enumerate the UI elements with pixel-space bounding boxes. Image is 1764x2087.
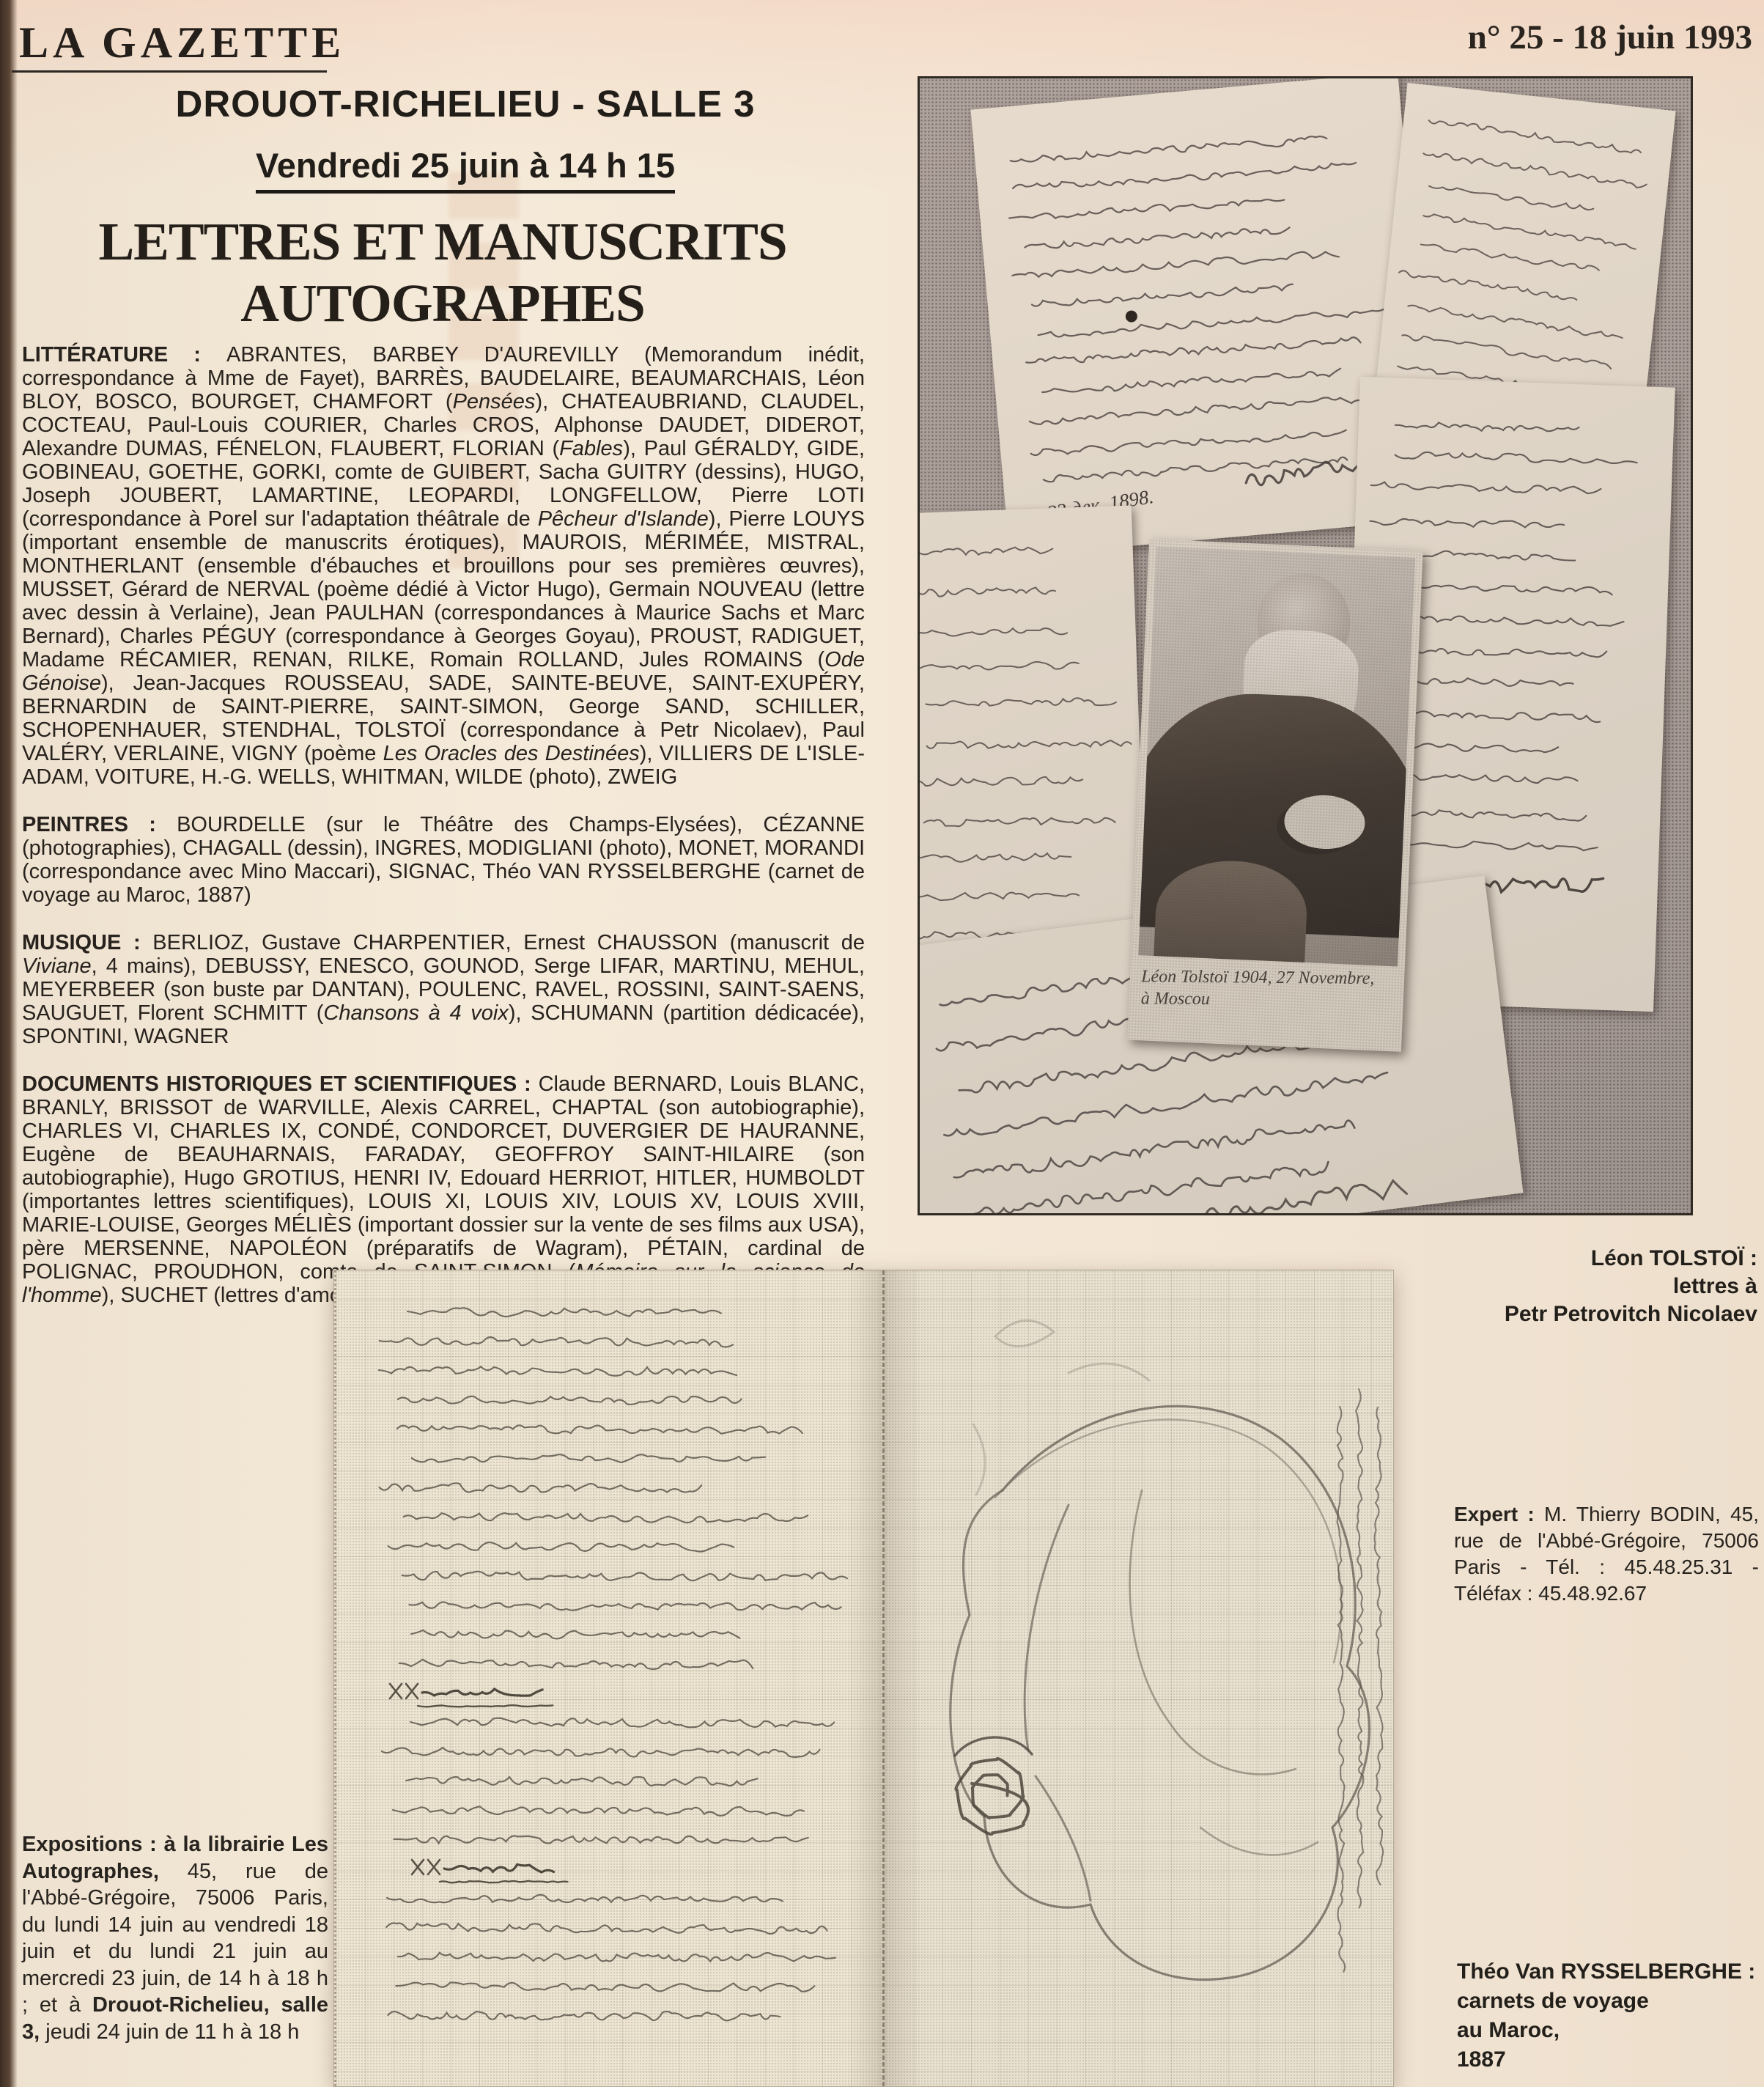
expositions-block: Expositions : à la librairie Les Autogra… — [22, 1831, 328, 2045]
scan-edge-strip — [0, 0, 18, 2087]
letter-sheet — [1374, 83, 1675, 426]
issue-number: n° 25 - 18 juin 1993 — [1239, 18, 1752, 57]
caption-tolstoi-line2: lettres à — [1431, 1273, 1757, 1300]
sale-venue: DROUOT-RICHELIEU - SALLE 3 — [103, 82, 828, 125]
tolstoy-portrait — [1138, 547, 1415, 967]
caption-rysselberghe: Théo Van RYSSELBERGHE : carnets de voyag… — [1457, 1957, 1759, 2075]
sale-title-line2: AUTOGRAPHES — [240, 273, 644, 333]
pencil-sketch-figure — [334, 1270, 1393, 2086]
caption-tolstoi-line1: Léon TOLSTOÏ : — [1431, 1245, 1757, 1273]
tolstoy-photo-card: Léon Tolstoï 1904, 27 Novembre, à Moscou — [1127, 539, 1422, 1052]
caption-ryssel-line3: au Maroc, — [1457, 2016, 1759, 2045]
photo-handwritten-caption: Léon Tolstoï 1904, 27 Novembre, à Moscou — [1136, 960, 1396, 1038]
paragraph-litterature: LITTÉRATURE : ABRANTES, BARBEY D'AUREVIL… — [22, 343, 865, 789]
paragraph-peintres: PEINTRES : BOURDELLE (sur le Théâtre des… — [22, 813, 865, 907]
tolstoy-letters-collage: 23 дек. 1898. 2 дек. 1903 Léon Tols — [918, 76, 1693, 1215]
rysselberghe-sketchbook-photo — [333, 1270, 1394, 2087]
photo-caption-line1: Léon Tolstoï 1904, 27 Novembre, — [1141, 967, 1374, 988]
catalog-text-column: LITTÉRATURE : ABRANTES, BARBEY D'AUREVIL… — [22, 343, 865, 1331]
paragraph-musique: MUSIQUE : BERLIOZ, Gustave CHARPENTIER, … — [22, 931, 865, 1048]
sale-title-line1: LETTRES ET MANUSCRITS — [98, 212, 786, 271]
caption-ryssel-line1: Théo Van RYSSELBERGHE : — [1457, 1957, 1759, 1987]
caption-ryssel-line2: carnets de voyage — [1457, 1987, 1759, 2016]
sale-datetime: Vendredi 25 juin à 14 h 15 — [103, 145, 828, 185]
expert-block: Expert : M. Thierry BODIN, 45, rue de l'… — [1454, 1501, 1759, 1607]
gazette-page: LA GAZETTE n° 25 - 18 juin 1993 DROUOT-R… — [0, 0, 1764, 2087]
sale-title: LETTRES ET MANUSCRITSAUTOGRAPHES — [26, 211, 859, 334]
masthead: LA GAZETTE — [19, 18, 345, 68]
caption-tolstoi: Léon TOLSTOÏ : lettres à Petr Petrovitch… — [1431, 1245, 1757, 1328]
masthead-rule — [12, 70, 327, 73]
photo-caption-line2: à Moscou — [1141, 989, 1210, 1009]
sale-datetime-text: Vendredi 25 juin à 14 h 15 — [256, 146, 675, 194]
caption-tolstoi-line3: Petr Petrovitch Nicolaev — [1431, 1300, 1757, 1328]
caption-ryssel-line4: 1887 — [1457, 2045, 1759, 2075]
